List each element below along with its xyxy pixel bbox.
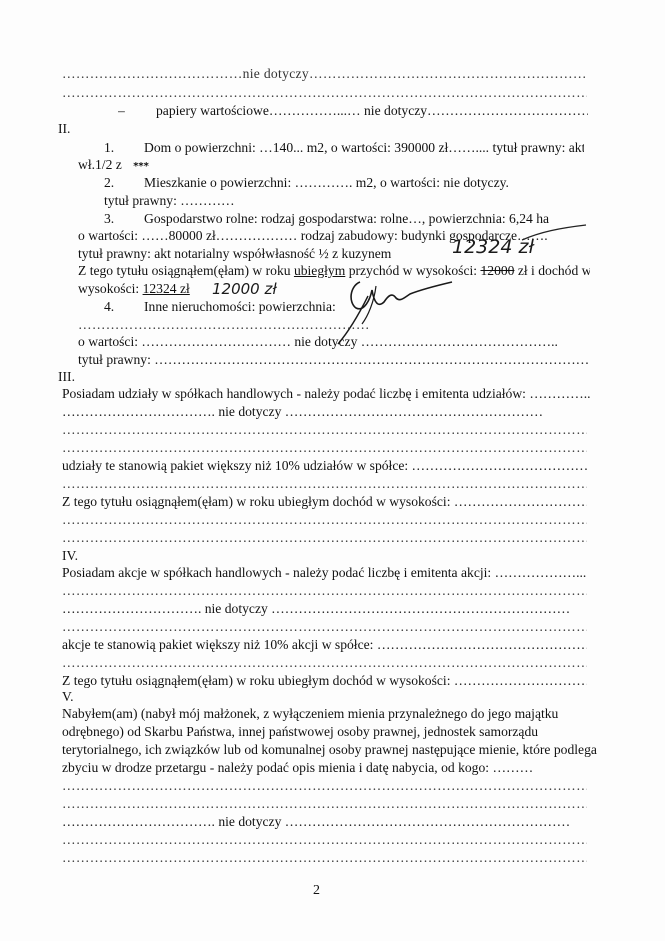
acquired-property-answer: ……………………………. nie dotyczy …………………………………………: [62, 814, 587, 831]
blank-line: ……………………………………………………………………………………………………………: [62, 440, 587, 457]
acquired-property-text: odrębnego) od Skarbu Państwa, innej pańs…: [62, 724, 587, 741]
stocks-income: Z tego tytułu osiągnąłem(ęłam) w roku ub…: [62, 673, 587, 690]
item-text: Inne nieruchomości: powierzchnia:: [144, 299, 336, 314]
section-heading-iv: IV.: [62, 548, 587, 565]
shares-answer: ……………………………. nie dotyczy …………………………………………: [62, 404, 587, 421]
section-heading-iii: III.: [58, 369, 583, 386]
text: Z tego tytułu osiągnąłem(ęłam) w roku: [78, 263, 294, 278]
item-apartment-title: tytuł prawny: …………: [104, 193, 629, 210]
blank-line: ……………………………………………………………………………………………………………: [62, 655, 587, 672]
text: zł i dochód w: [514, 263, 590, 278]
document-page: …………………………………nie dotyczy……………………………………………: [0, 0, 665, 941]
page-number: 2: [313, 883, 320, 899]
handwritten-correction: 12000 zł: [212, 280, 277, 298]
securities-line: –papiery wartościowe……………...… nie dotycz…: [118, 103, 588, 120]
item-number: 3.: [104, 211, 144, 227]
shares-question: Posiadam udziały w spółkach handlowych -…: [62, 386, 590, 403]
stocks-question: Posiadam akcje w spółkach handlowych - n…: [62, 565, 587, 582]
blank-line: ……………………………………………………………………………………………………………: [62, 796, 587, 813]
item-house-cont: wł.1/2 z ***: [78, 157, 603, 174]
acquired-property-text: Nabyłem(am) (nabył mój małżonek, z wyłąc…: [62, 706, 587, 723]
securities-text: papiery wartościowe……………...… nie dotyczy…: [156, 103, 588, 118]
item-farm: 3.Gospodarstwo rolne: rodzaj gospodarstw…: [104, 211, 584, 228]
dash-bullet: –: [118, 103, 156, 119]
stocks-over-10pct: akcje te stanowią pakiet większy niż 10%…: [62, 637, 587, 654]
blank-line: ……………………………………………………………………………………………………………: [62, 583, 587, 600]
shares-over-10pct: udziały te stanowią pakiet większy niż 1…: [62, 458, 587, 475]
section-heading-v: V.: [62, 689, 587, 706]
item-text: Mieszkanie o powierzchni: …………. m2, o wa…: [144, 175, 509, 190]
shares-income: Z tego tytułu osiągnąłem(ęłam) w roku ub…: [62, 494, 587, 511]
text: wysokości:: [78, 281, 143, 296]
item-other-property: 4.Inne nieruchomości: powierzchnia:: [104, 299, 404, 316]
stocks-answer: …………………………. nie dotyczy ……………………………………………: [62, 601, 587, 618]
item-farm-title: tytuł prawny: akt notarialny współwłasno…: [78, 246, 408, 263]
redacted-mask: ***: [133, 161, 149, 172]
blank-line: ……………………………………………………………………………………………………………: [62, 422, 587, 439]
section-heading-ii: II.: [58, 121, 583, 138]
item-number: 4.: [104, 299, 144, 315]
blank-line: ……………………………………………………………………………………………………………: [62, 832, 587, 849]
blank-line: ……………………………………………………………………………………………………………: [62, 476, 587, 493]
blank-line: ……………………………………………………………………: [78, 317, 368, 334]
acquired-property-text: zbyciu w drodze przetargu - należy podać…: [62, 760, 587, 777]
blank-line: ……………………………………………………………………………………………………………: [62, 778, 587, 795]
item-other-title: tytuł prawny: ………………………………………………………………………: [78, 352, 590, 369]
item-text: Gospodarstwo rolne: rodzaj gospodarstwa:…: [144, 211, 549, 226]
blank-line: ……………………………………………………………………………………………………………: [62, 512, 587, 529]
pen-stroke-icon: [520, 222, 590, 244]
blank-line: ……………………………………………………………………………………………………………: [62, 619, 587, 636]
item-other-value: o wartości: …………………………… nie dotyczy ……………: [78, 334, 603, 351]
blank-line: ……………………………………………………………………………………………………………: [62, 85, 587, 102]
struck-value: 12324 zł: [143, 281, 190, 296]
item-number: 2.: [104, 175, 144, 191]
item-farm-income-cont: wysokości: 12324 zł: [78, 281, 198, 298]
acquired-property-text: terytorialnego, ich związków lub od komu…: [62, 742, 597, 759]
item-number: 1.: [104, 140, 144, 156]
item-text: Dom o powierzchni: …140... m2, o wartośc…: [144, 140, 584, 155]
ownership-share: wł.1/2 z: [78, 157, 122, 172]
item-house: 1.Dom o powierzchni: …140... m2, o warto…: [104, 140, 584, 157]
blank-line: ……………………………………………………………………………………………………………: [62, 850, 587, 867]
blank-line: ……………………………………………………………………………………………………………: [62, 530, 587, 547]
struck-value: 12000: [480, 263, 514, 278]
item-apartment: 2.Mieszkanie o powierzchni: …………. m2, o …: [104, 175, 584, 192]
blank-line: …………………………………nie dotyczy……………………………………………: [62, 66, 587, 83]
